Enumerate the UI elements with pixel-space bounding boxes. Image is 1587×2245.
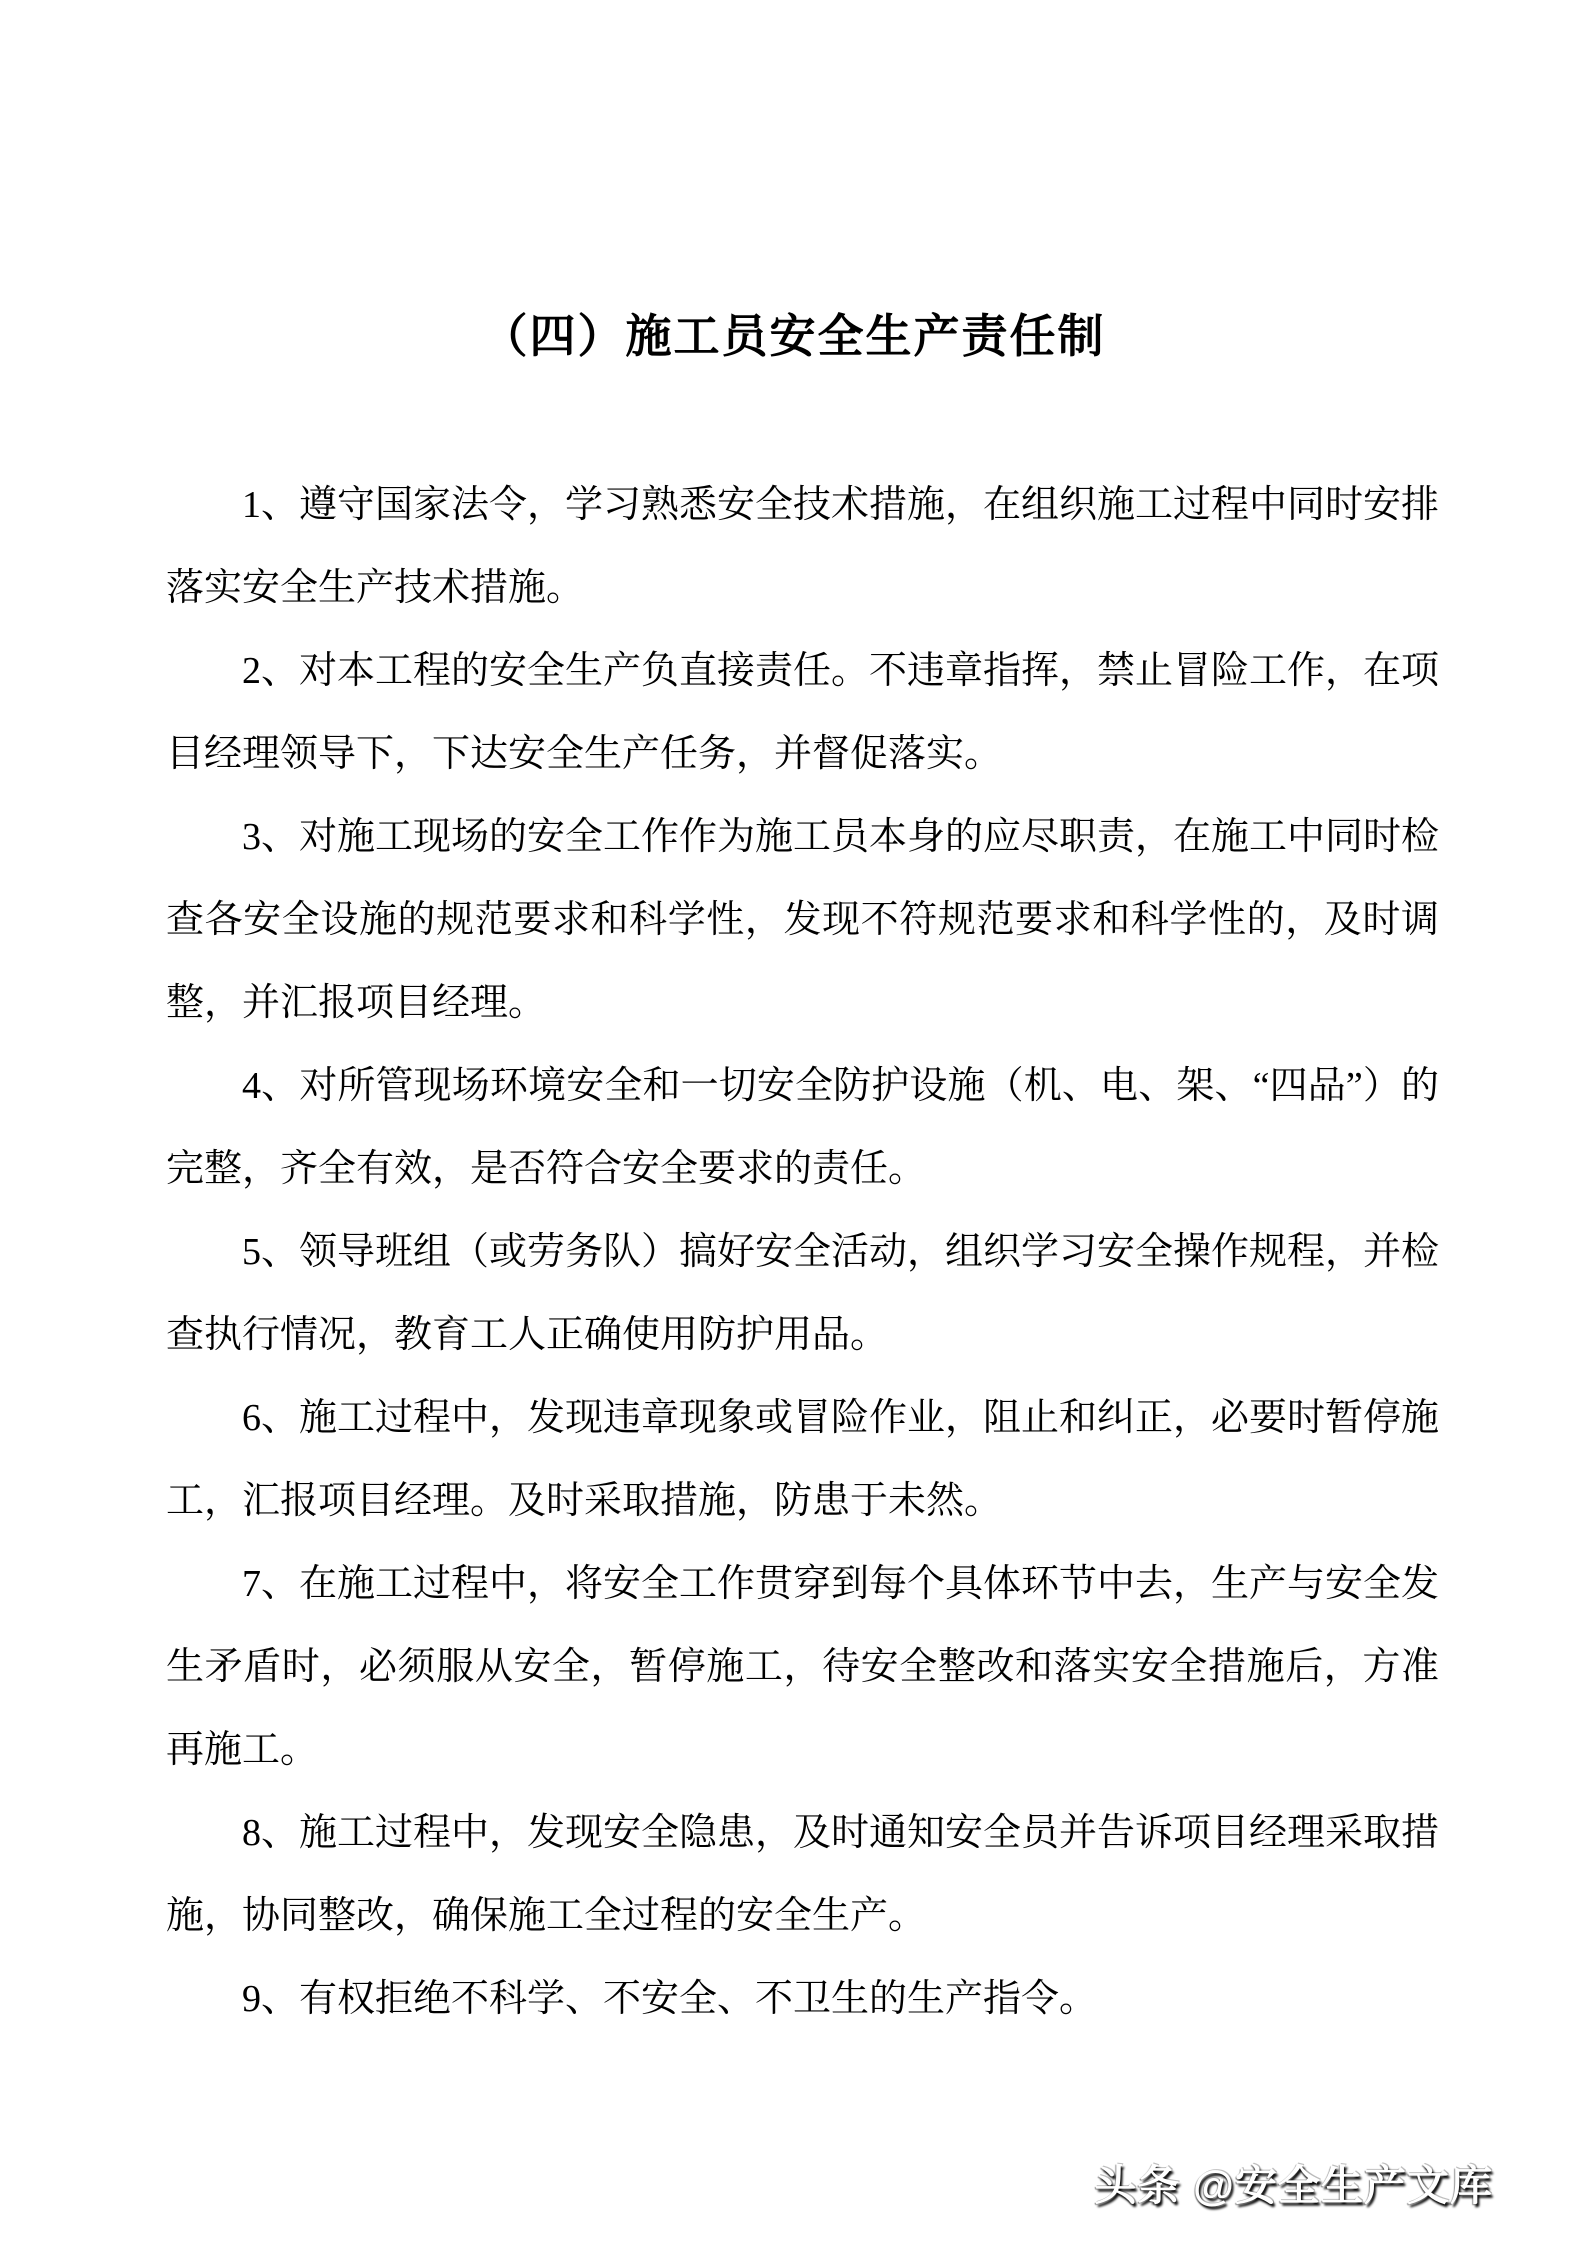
document-page: （四）施工员安全生产责任制 1、遵守国家法令，学习熟悉安全技术措施，在组织施工过… (0, 0, 1587, 2245)
paragraph-1: 1、遵守国家法令，学习熟悉安全技术措施，在组织施工过程中同时安排落实安全生产技术… (166, 464, 1439, 630)
paragraph-4: 4、对所管现场环境安全和一切安全防护设施（机、电、架、“四品”）的完整，齐全有效… (166, 1045, 1439, 1211)
paragraph-6: 6、施工过程中，发现违章现象或冒险作业，阻止和纠正，必要时暂停施工，汇报项目经理… (166, 1377, 1439, 1543)
paragraph-8: 8、施工过程中，发现安全隐患，及时通知安全员并告诉项目经理采取措施，协同整改，确… (166, 1792, 1439, 1958)
document-body: 1、遵守国家法令，学习熟悉安全技术措施，在组织施工过程中同时安排落实安全生产技术… (0, 464, 1587, 2041)
paragraph-5: 5、领导班组（或劳务队）搞好安全活动，组织学习安全操作规程，并检查执行情况，教育… (166, 1211, 1439, 1377)
paragraph-9: 9、有权拒绝不科学、不安全、不卫生的生产指令。 (166, 1958, 1439, 2041)
paragraph-3: 3、对施工现场的安全工作作为施工员本身的应尽职责，在施工中同时检查各安全设施的规… (166, 796, 1439, 1045)
paragraph-7: 7、在施工过程中，将安全工作贯穿到每个具体环节中去，生产与安全发生矛盾时，必须服… (166, 1543, 1439, 1792)
page-title: （四）施工员安全生产责任制 (0, 0, 1587, 366)
toutiao-watermark: 头条 @安全生产文库 (1094, 2153, 1493, 2213)
paragraph-2: 2、对本工程的安全生产负直接责任。不违章指挥，禁止冒险工作，在项目经理领导下，下… (166, 630, 1439, 796)
